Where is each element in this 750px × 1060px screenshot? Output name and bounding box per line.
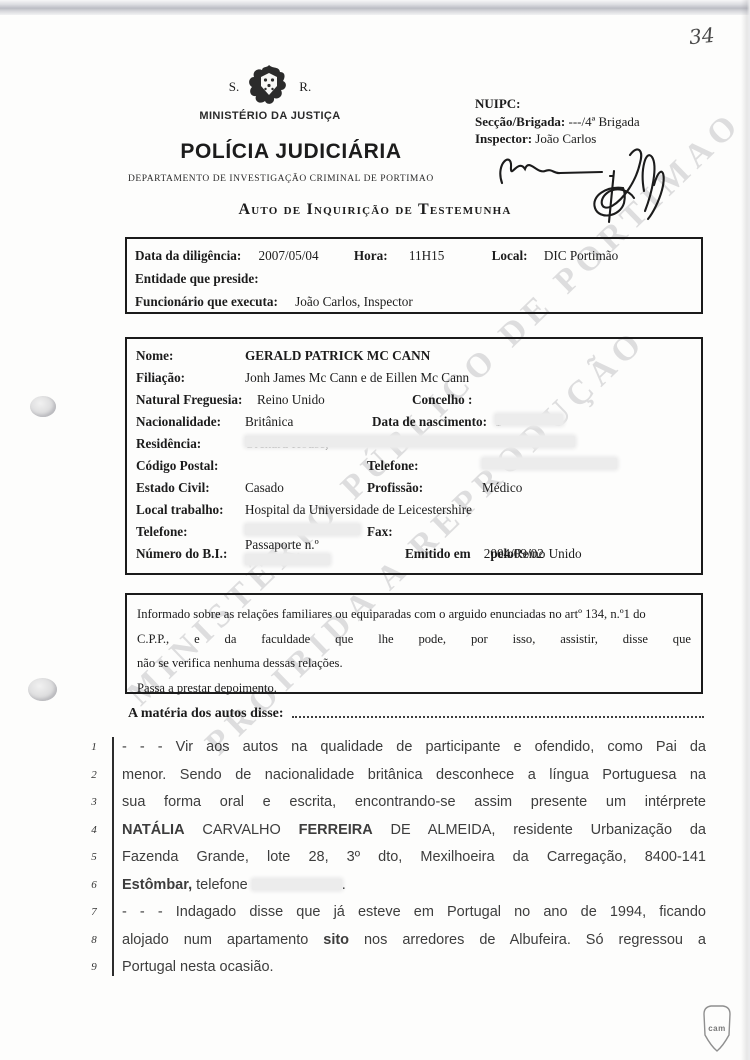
id-doc-type: Passaporte n.º bbox=[245, 537, 319, 553]
line-number: 6 bbox=[86, 872, 102, 900]
phone2-label: Telefone: bbox=[136, 524, 188, 540]
officer-label: Funcionário que executa: bbox=[135, 294, 278, 309]
birthdate-label: Data de nascimento: bbox=[372, 414, 487, 430]
deposition-row: 9Portugal nesta ocasião. bbox=[86, 954, 706, 982]
deposition-row: 7- - - Indagado disse que já esteve em P… bbox=[86, 899, 706, 927]
name-value: GERALD PATRICK MC CANN bbox=[245, 348, 430, 364]
notice-line: C.P.P., e da faculdade que lhe pode, por… bbox=[137, 627, 691, 652]
deposition-row: 2menor. Sendo de nacionalidade britânica… bbox=[86, 762, 706, 790]
line-number: 3 bbox=[86, 789, 102, 817]
filiation-value: Jonh James Mc Cann e de Eillen Mc Cann bbox=[245, 370, 469, 386]
notice-line: Informado sobre as relações familiares o… bbox=[137, 602, 691, 627]
scanned-document-page: 34 MINISTÉRIO PÚBLICO DE PORTIMAO PROIBI… bbox=[0, 0, 750, 1060]
redacted-text bbox=[482, 458, 617, 469]
line-number: 4 bbox=[86, 817, 102, 845]
filiation-label: Filiação: bbox=[136, 370, 185, 386]
time-label: Hora: bbox=[354, 248, 388, 263]
nationality-value: Britânica bbox=[245, 414, 293, 430]
brigade-label: Secção/Brigada: bbox=[475, 114, 565, 129]
brigade-value: ---/4ª Brigada bbox=[569, 114, 640, 129]
line-number: 1 bbox=[86, 734, 102, 762]
redacted-text bbox=[245, 436, 575, 447]
line-number: 2 bbox=[86, 762, 102, 790]
deposition-row: 8alojado num apartamento sito nos arredo… bbox=[86, 927, 706, 955]
document-title: Auto de Inquirição de Testemunha bbox=[0, 201, 750, 219]
matter-label: A matéria dos autos disse: bbox=[128, 706, 284, 722]
birthplace-label: Natural Freguesia: bbox=[136, 392, 242, 408]
scan-edge-right bbox=[741, 0, 750, 1060]
line-number: 5 bbox=[86, 844, 102, 872]
scan-edge-top bbox=[0, 0, 750, 15]
workplace-label: Local trabalho: bbox=[136, 502, 224, 518]
deposition-text: - - - Vir aos autos na qualidade de part… bbox=[114, 734, 706, 762]
date-value: 2007/05/04 bbox=[259, 248, 319, 263]
redacted-text bbox=[252, 879, 342, 890]
profession-value: Médico bbox=[482, 480, 522, 496]
crest-letter-r: R. bbox=[299, 79, 311, 95]
officer-value: João Carlos, Inspector bbox=[295, 294, 413, 309]
archive-stamp: cam bbox=[696, 1004, 738, 1060]
issued-label: Emitido em bbox=[405, 546, 471, 561]
margin-rule bbox=[112, 737, 114, 976]
notice-line: não se verifica nenhuma dessas relações. bbox=[137, 651, 691, 676]
redacted-text bbox=[245, 524, 360, 535]
deposition-row: 1- - - Vir aos autos na qualidade de par… bbox=[86, 734, 706, 762]
hole-punch bbox=[30, 396, 56, 417]
deposition-text: Fazenda Grande, lote 28, 3º dto, Mexilho… bbox=[114, 844, 706, 872]
phone1-label: Telefone: bbox=[367, 458, 419, 474]
deposition-row: 6Estômbar, telefone . bbox=[86, 872, 706, 900]
line-number: 9 bbox=[86, 954, 102, 982]
place-label: Local: bbox=[492, 248, 528, 263]
crest-letter-s: S. bbox=[229, 79, 239, 95]
matter-heading: A matéria dos autos disse: bbox=[128, 706, 704, 722]
postcode-label: Código Postal: bbox=[136, 458, 218, 474]
municipality-label: Concelho : bbox=[412, 392, 472, 408]
witness-id-box: Nome: GERALD PATRICK MC CANN Filiação: J… bbox=[125, 337, 703, 575]
deposition-body: 1- - - Vir aos autos na qualidade de par… bbox=[86, 734, 706, 982]
deposition-text: - - - Indagado disse que já esteve em Po… bbox=[114, 899, 706, 927]
workplace-value: Hospital da Universidade de Leicestershi… bbox=[245, 502, 472, 518]
name-label: Nome: bbox=[136, 348, 173, 364]
line-number: 8 bbox=[86, 927, 102, 955]
fax-label: Fax: bbox=[367, 524, 393, 540]
deposition-row: 5Fazenda Grande, lote 28, 3º dto, Mexilh… bbox=[86, 844, 706, 872]
id-number-label: Número do B.I.: bbox=[136, 546, 227, 562]
marital-label: Estado Civil: bbox=[136, 480, 210, 496]
coat-of-arms-icon bbox=[248, 64, 290, 110]
residence-label: Residência: bbox=[136, 436, 201, 452]
deposition-text: sua forma oral e escrita, encontrando-se… bbox=[114, 789, 706, 817]
stamp-label-svg: cam bbox=[708, 1024, 726, 1033]
marital-value: Casado bbox=[245, 480, 284, 496]
coat-of-arms-row: S. R. bbox=[198, 64, 342, 110]
officer-row: Funcionário que executa: João Carlos, In… bbox=[135, 290, 693, 313]
hole-punch bbox=[28, 678, 57, 701]
place-value: DIC Portimão bbox=[544, 248, 618, 263]
issued-country: Reino Unido bbox=[514, 546, 582, 562]
redacted-text bbox=[245, 554, 330, 565]
nationality-label: Nacionalidade: bbox=[136, 414, 221, 430]
deposition-lines: 1- - - Vir aos autos na qualidade de par… bbox=[86, 734, 706, 982]
line-number: 7 bbox=[86, 899, 102, 927]
deposition-row: 3sua forma oral e escrita, encontrando-s… bbox=[86, 789, 706, 817]
profession-label: Profissão: bbox=[367, 480, 423, 496]
redacted-text bbox=[495, 414, 563, 425]
time-value: 11H15 bbox=[409, 248, 444, 263]
nuipc-label: NUIPC: bbox=[475, 96, 521, 111]
deposition-text: menor. Sendo de nacionalidade britânica … bbox=[114, 762, 706, 790]
legal-notice-box: Informado sobre as relações familiares o… bbox=[125, 593, 703, 694]
date-label: Data da diligência: bbox=[135, 248, 241, 263]
presiding-label: Entidade que preside: bbox=[135, 271, 259, 286]
birthplace-value: Reino Unido bbox=[257, 392, 325, 408]
ministry-title: MINISTÉRIO DA JUSTIÇA bbox=[186, 110, 354, 122]
department-subtitle: DEPARTAMENTO DE INVESTIGAÇÃO CRIMINAL DE… bbox=[128, 174, 434, 184]
deposition-row: 4NATÁLIA CARVALHO FERREIRA DE ALMEIDA, r… bbox=[86, 817, 706, 845]
handwritten-page-number: 34 bbox=[687, 23, 715, 50]
police-title: POLÍCIA JUDICIÁRIA bbox=[150, 140, 432, 164]
deposition-text: Portugal nesta ocasião. bbox=[114, 954, 706, 982]
issued-row: Emitido em 2004/09/02 pelo Reino Unido bbox=[405, 546, 514, 562]
deposition-text: NATÁLIA CARVALHO FERREIRA DE ALMEIDA, re… bbox=[114, 817, 706, 845]
diligence-box: Data da diligência: 2007/05/04 Hora: 11H… bbox=[125, 237, 703, 314]
diligence-row: Data da diligência: 2007/05/04 Hora: 11H… bbox=[135, 244, 693, 267]
deposition-text: Estômbar, telefone . bbox=[114, 872, 706, 900]
case-reference-block: NUIPC: Secção/Brigada: ---/4ª Brigada In… bbox=[475, 95, 640, 148]
notice-line: Passa a prestar depoimento. bbox=[137, 676, 691, 701]
presiding-row: Entidade que preside: bbox=[135, 267, 693, 290]
dotted-leader bbox=[292, 714, 704, 718]
deposition-text: alojado num apartamento sito nos arredor… bbox=[114, 927, 706, 955]
